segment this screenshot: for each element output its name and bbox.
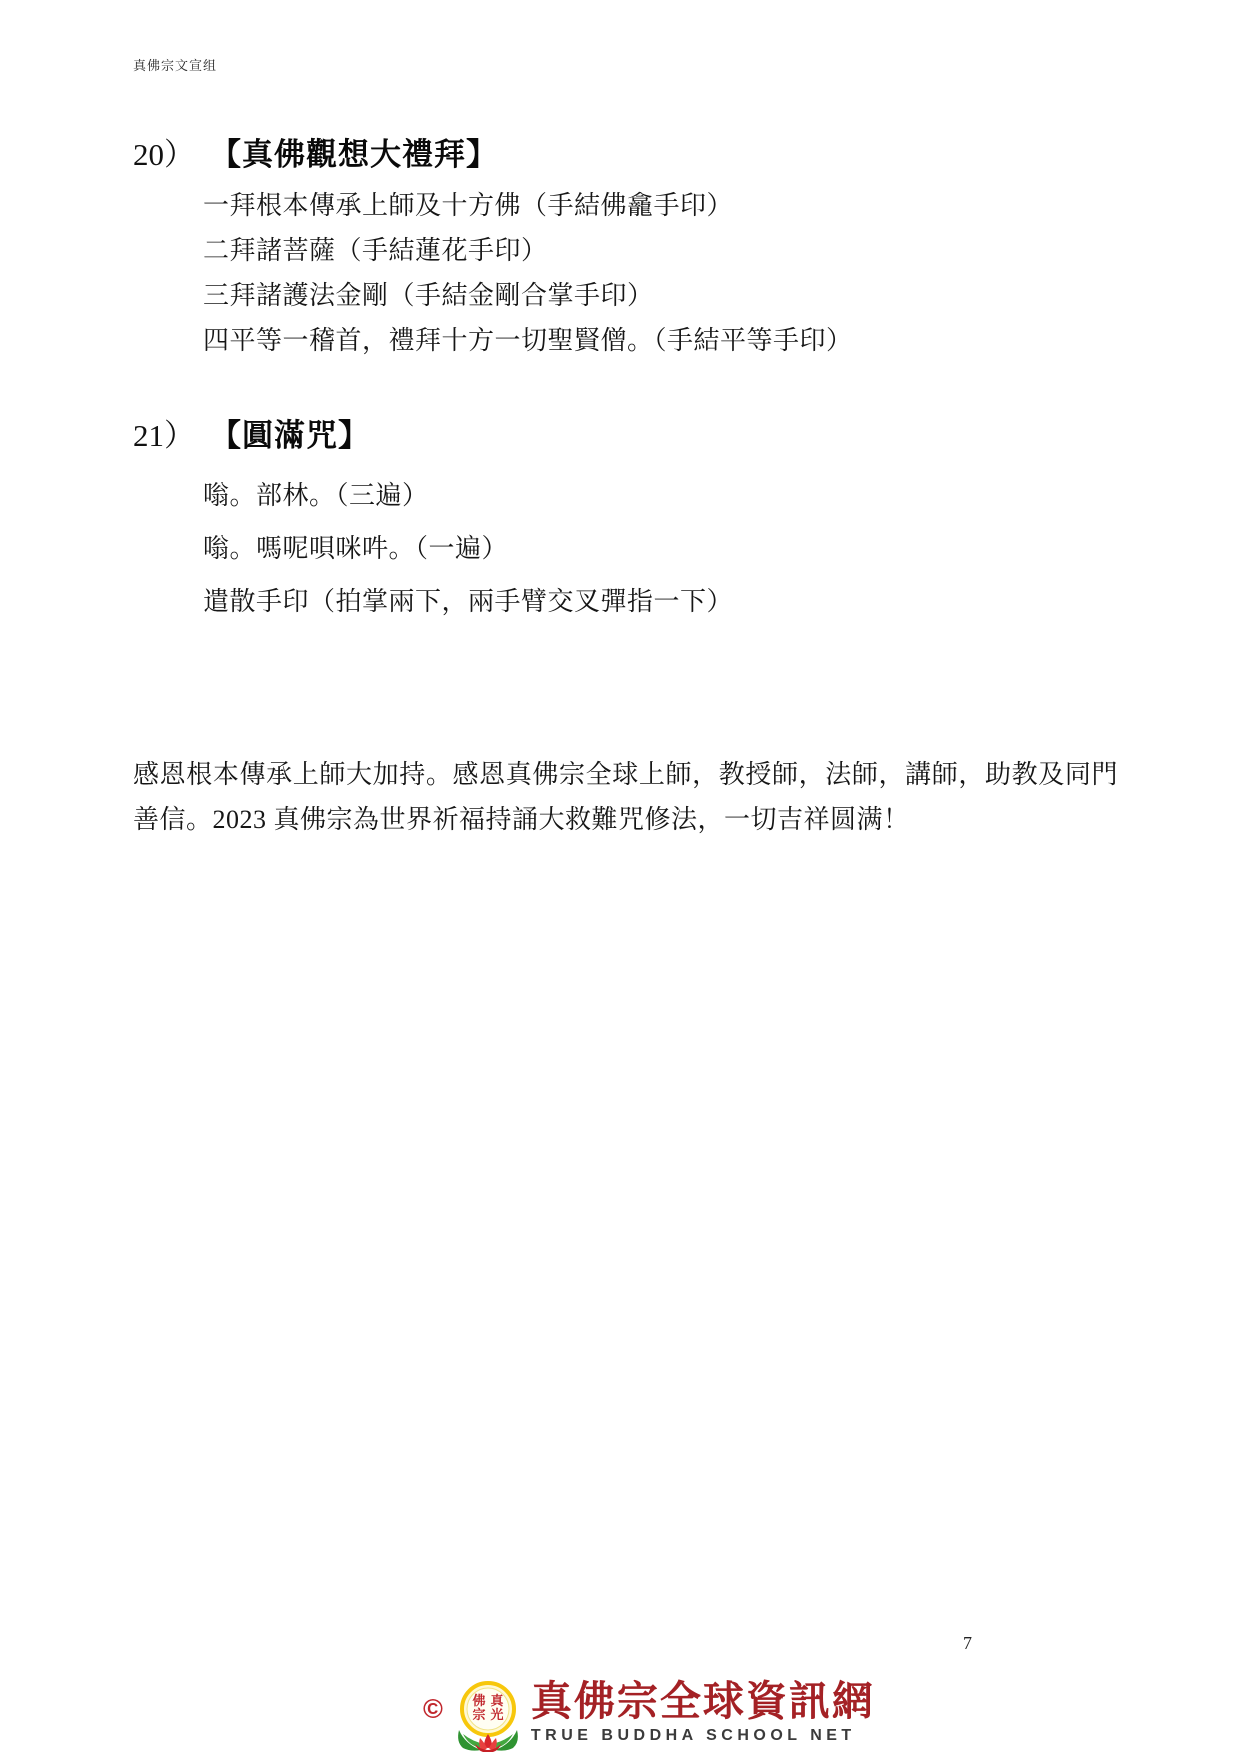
lotus-sun-emblem-icon: 佛 真 宗 光 <box>451 1678 525 1755</box>
section-21-heading: 21） 【圓滿咒】 <box>133 418 733 454</box>
ritual-line: 二拜諸菩薩（手結蓮花手印） <box>203 237 853 264</box>
section-20-lines: 一拜根本傳承上師及十方佛（手結佛龕手印） 二拜諸菩薩（手結蓮花手印） 三拜諸護法… <box>203 192 853 354</box>
document-header-label: 真佛宗文宣组 <box>133 55 217 74</box>
svg-text:光: 光 <box>490 1707 503 1722</box>
mantra-line: 嗡。嗎呢唄咪吽。（一遍） <box>203 535 733 562</box>
mantra-line: 嗡。部林。（三遍） <box>203 482 733 509</box>
section-20: 20） 【真佛觀想大禮拜】 一拜根本傳承上師及十方佛（手結佛龕手印） 二拜諸菩薩… <box>133 137 853 372</box>
svg-text:宗: 宗 <box>472 1707 485 1722</box>
section-20-heading: 20） 【真佛觀想大禮拜】 <box>133 137 853 173</box>
ritual-line: 四平等一稽首，禮拜十方一切聖賢僧。（手結平等手印） <box>203 327 853 354</box>
document-page: 真佛宗文宣组 20） 【真佛觀想大禮拜】 一拜根本傳承上師及十方佛（手結佛龕手印… <box>0 0 1241 1755</box>
mantra-line: 遣散手印（拍掌兩下，兩手臂交叉彈指一下） <box>203 588 733 615</box>
section-21: 21） 【圓滿咒】 嗡。部林。（三遍） 嗡。嗎呢唄咪吽。（一遍） 遣散手印（拍掌… <box>133 418 733 641</box>
copyright-icon: © <box>423 1694 443 1725</box>
section-21-lines: 嗡。部林。（三遍） 嗡。嗎呢唄咪吽。（一遍） 遣散手印（拍掌兩下，兩手臂交叉彈指… <box>203 482 733 615</box>
page-number: 7 <box>963 1633 972 1654</box>
svg-text:真: 真 <box>490 1693 504 1708</box>
ritual-line: 三拜諸護法金剛（手結金剛合掌手印） <box>203 282 853 309</box>
footer: © 佛 真 宗 光 真佛宗全球資訊網 TRUE BUDDHA SCHOOL NE… <box>423 1678 875 1755</box>
svg-text:佛: 佛 <box>471 1693 485 1708</box>
footer-logo-text: 真佛宗全球資訊網 TRUE BUDDHA SCHOOL NET <box>531 1678 875 1745</box>
footer-logo-chinese: 真佛宗全球資訊網 <box>531 1678 875 1724</box>
section-21-number: 21） <box>133 418 210 454</box>
closing-paragraph: 感恩根本傳承上師大加持。感恩真佛宗全球上師，教授師，法師，講師，助教及同門善信。… <box>133 752 1118 842</box>
section-20-title: 【真佛觀想大禮拜】 <box>210 137 498 173</box>
section-20-number: 20） <box>133 137 210 173</box>
ritual-line: 一拜根本傳承上師及十方佛（手結佛龕手印） <box>203 192 853 219</box>
footer-logo-english: TRUE BUDDHA SCHOOL NET <box>531 1727 875 1745</box>
section-21-title: 【圓滿咒】 <box>210 418 370 454</box>
